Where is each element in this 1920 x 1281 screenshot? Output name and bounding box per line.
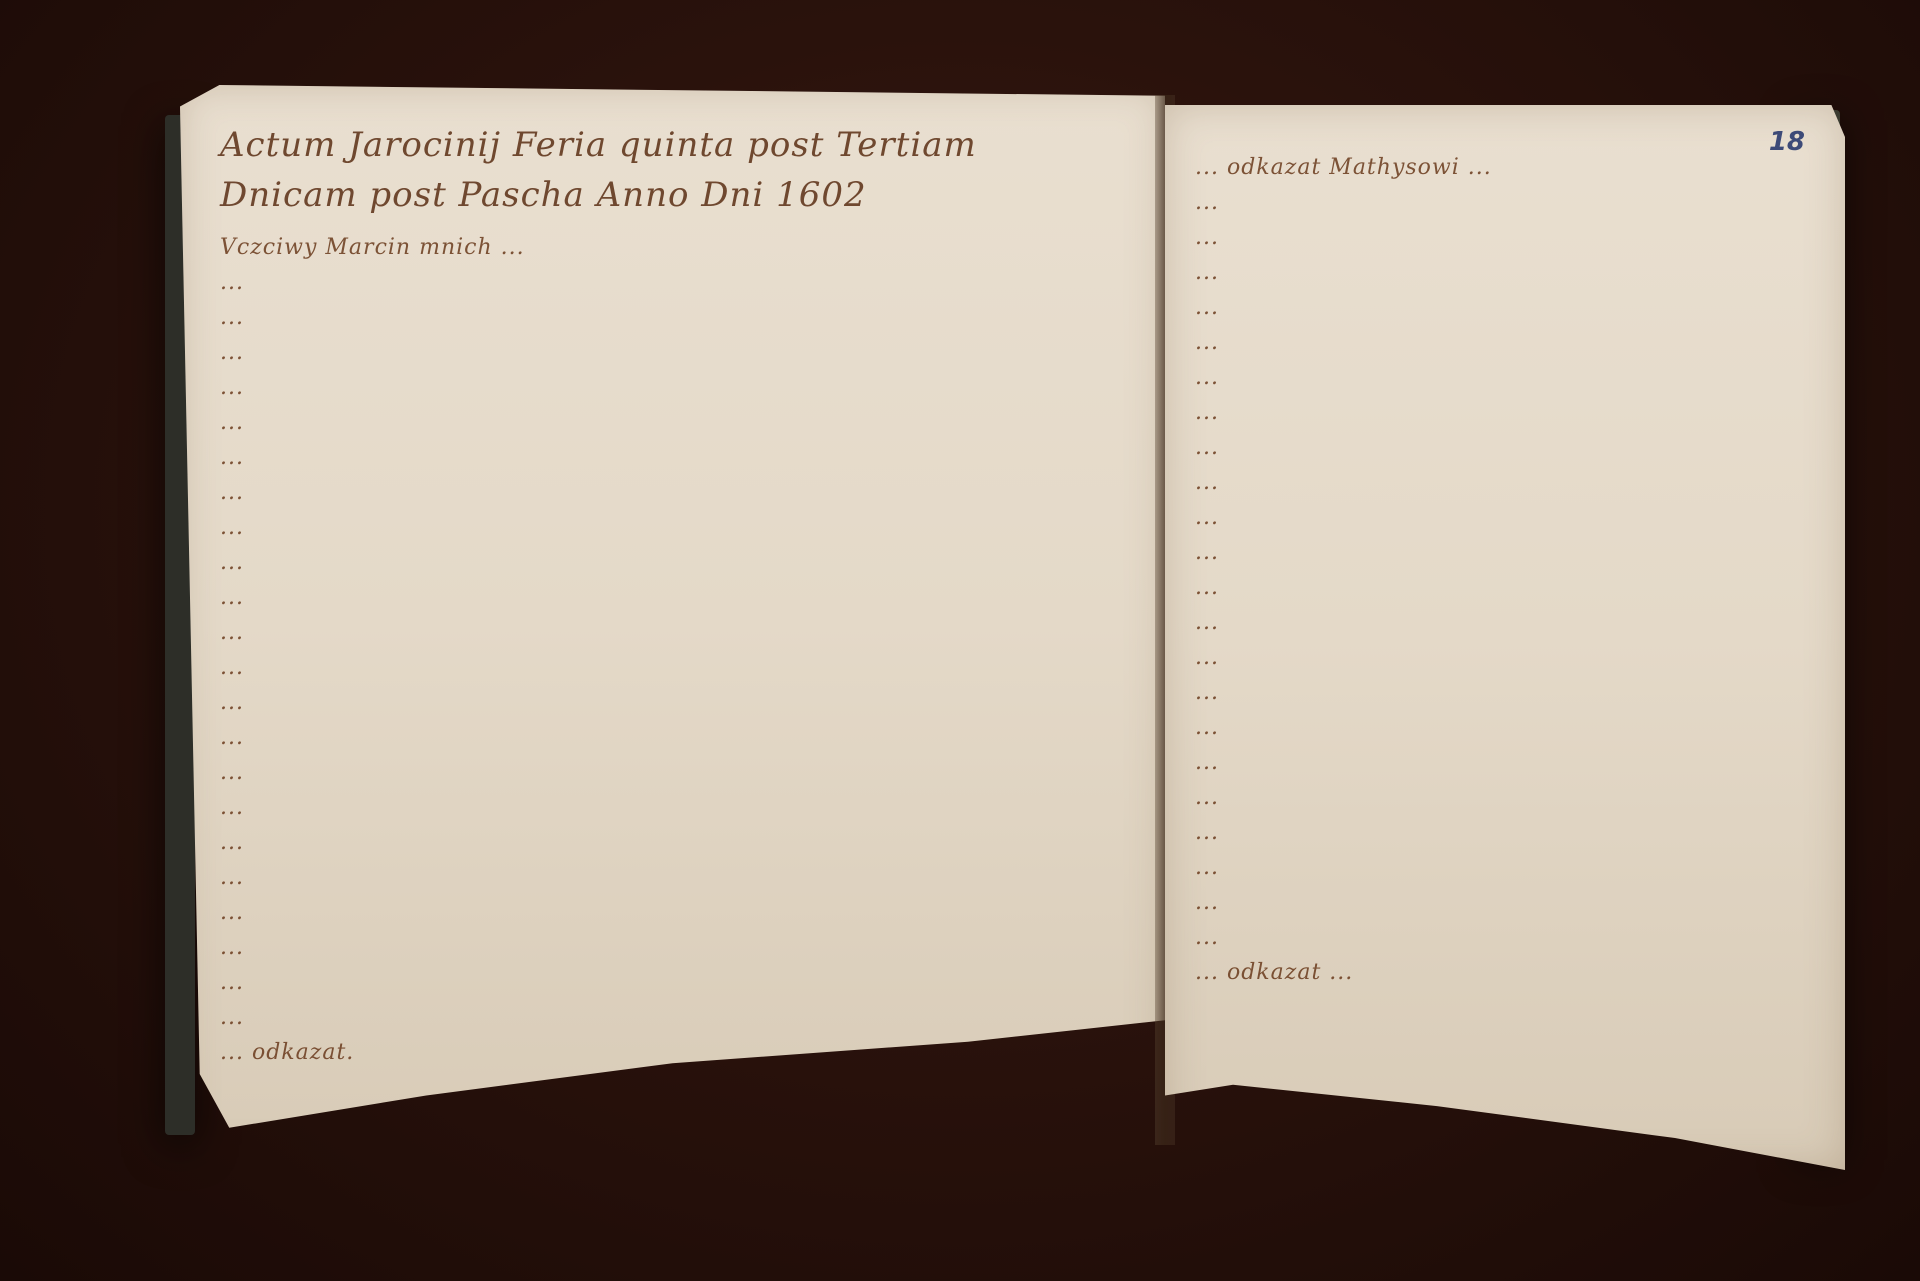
- body-line: ...: [220, 760, 244, 785]
- body-line: ...: [220, 550, 244, 575]
- left-page-text: Actum Jarocinij Feria quinta post Tertia…: [180, 85, 1165, 1160]
- body-line: ...: [220, 795, 244, 820]
- body-line: ...: [220, 585, 244, 610]
- body-line: ...: [220, 515, 244, 540]
- body-line: ...: [1195, 470, 1219, 495]
- body-line: ...: [1195, 435, 1219, 460]
- body-line: ...: [1195, 855, 1219, 880]
- body-line: ...: [1195, 260, 1219, 285]
- body-line: ...: [1195, 715, 1219, 740]
- body-line: ... odkazat ...: [1195, 960, 1353, 985]
- body-line: ...: [1195, 505, 1219, 530]
- body-line: ...: [220, 725, 244, 750]
- body-line: ...: [1195, 890, 1219, 915]
- body-line: ...: [1195, 645, 1219, 670]
- body-line: ...: [220, 375, 244, 400]
- body-line: ...: [1195, 330, 1219, 355]
- body-line: ...: [1195, 225, 1219, 250]
- body-line: ...: [220, 270, 244, 295]
- body-line: ...: [220, 410, 244, 435]
- body-line: ...: [220, 340, 244, 365]
- heading-line-2: Dnicam post Pascha Anno Dni 1602: [220, 175, 867, 215]
- left-page: Actum Jarocinij Feria quinta post Tertia…: [180, 85, 1165, 1160]
- body-line: ... odkazat.: [220, 1040, 354, 1065]
- body-line: ...: [1195, 820, 1219, 845]
- body-line: ...: [1195, 400, 1219, 425]
- body-line: ...: [1195, 575, 1219, 600]
- body-line: Vczciwy Marcin mnich ...: [220, 235, 525, 260]
- open-manuscript-book: Actum Jarocinij Feria quinta post Tertia…: [160, 85, 1840, 1175]
- right-page: 18 ... odkazat Mathysowi ... ... ... ...…: [1165, 105, 1845, 1170]
- body-line: ...: [1195, 295, 1219, 320]
- body-line: ... odkazat Mathysowi ...: [1195, 155, 1492, 180]
- body-line: ...: [220, 305, 244, 330]
- body-line: ...: [220, 655, 244, 680]
- body-line: ...: [220, 970, 244, 995]
- body-line: ...: [220, 935, 244, 960]
- body-line: ...: [220, 480, 244, 505]
- body-line: ...: [1195, 925, 1219, 950]
- body-line: ...: [220, 830, 244, 855]
- body-line: ...: [220, 900, 244, 925]
- body-line: ...: [1195, 680, 1219, 705]
- body-line: ...: [220, 690, 244, 715]
- body-line: ...: [1195, 785, 1219, 810]
- body-line: ...: [1195, 610, 1219, 635]
- body-line: ...: [220, 445, 244, 470]
- body-line: ...: [220, 620, 244, 645]
- body-line: ...: [1195, 540, 1219, 565]
- body-line: ...: [1195, 750, 1219, 775]
- body-line: ...: [1195, 190, 1219, 215]
- heading-line-1: Actum Jarocinij Feria quinta post Tertia…: [220, 125, 977, 165]
- body-line: ...: [220, 1005, 244, 1030]
- right-page-text: ... odkazat Mathysowi ... ... ... ... ..…: [1165, 105, 1845, 1170]
- body-line: ...: [1195, 365, 1219, 390]
- body-line: ...: [220, 865, 244, 890]
